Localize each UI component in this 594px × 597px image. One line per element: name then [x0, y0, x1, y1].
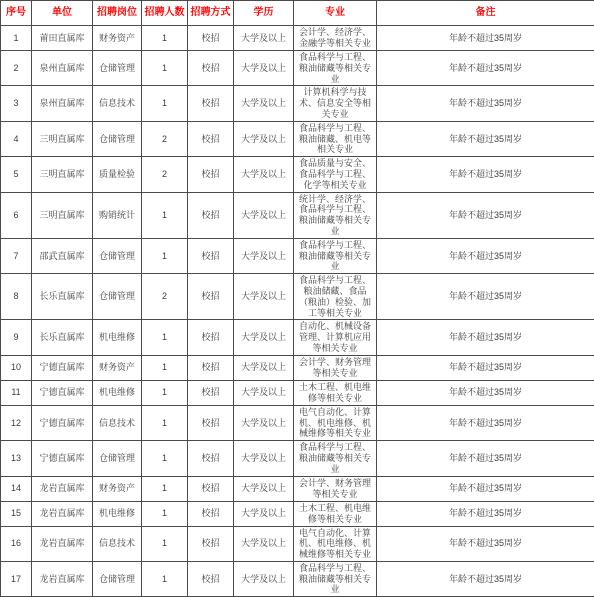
cell-major: 自动化、机械设备管理、计算机应用等相关专业 — [294, 320, 377, 355]
cell-major: 土木工程、机电维修等相关专业 — [294, 501, 377, 526]
cell-method: 校招 — [188, 157, 234, 192]
cell-method: 校招 — [188, 355, 234, 380]
cell-note: 年龄不超过35周岁 — [377, 561, 594, 596]
cell-position: 信息技术 — [93, 526, 142, 561]
table-row: 10 宁德直属库 财务资产 1 校招 大学及以上 会计学、财务管理等相关专业 年… — [1, 355, 594, 380]
cell-no: 14 — [1, 476, 32, 501]
cell-major: 食品科学与工程、粮油储藏等相关专业 — [294, 441, 377, 476]
table-row: 11 宁德直属库 机电维修 1 校招 大学及以上 土木工程、机电维修等相关专业 … — [1, 380, 594, 405]
cell-position: 仓储管理 — [93, 238, 142, 273]
cell-unit: 龙岩直属库 — [32, 476, 93, 501]
table-row: 14 龙岩直属库 财务资产 1 校招 大学及以上 会计学、财务管理等相关专业 年… — [1, 476, 594, 501]
cell-note: 年龄不超过35周岁 — [377, 380, 594, 405]
table-row: 13 宁德直属库 仓储管理 1 校招 大学及以上 食品科学与工程、粮油储藏等相关… — [1, 441, 594, 476]
table-row: 16 龙岩直属库 信息技术 1 校招 大学及以上 电气自动化、计算机、机电维修、… — [1, 526, 594, 561]
cell-major: 会计学、财务管理等相关专业 — [294, 355, 377, 380]
cell-position: 购销统计 — [93, 192, 142, 238]
cell-unit: 三明直属库 — [32, 121, 93, 156]
cell-unit: 莆田直属库 — [32, 26, 93, 51]
cell-position: 信息技术 — [93, 86, 142, 121]
cell-major: 计算机科学与技术、信息安全等相关专业 — [294, 86, 377, 121]
cell-position: 财务资产 — [93, 476, 142, 501]
cell-no: 17 — [1, 561, 32, 596]
column-header-no: 序号 — [1, 1, 32, 26]
table-row: 12 宁德直属库 信息技术 1 校招 大学及以上 电气自动化、计算机、机电维修、… — [1, 405, 594, 440]
cell-no: 15 — [1, 501, 32, 526]
cell-major: 食品科学与工程、粮油储藏等相关专业 — [294, 238, 377, 273]
cell-note: 年龄不超过35周岁 — [377, 501, 594, 526]
cell-unit: 邵武直属库 — [32, 238, 93, 273]
cell-unit: 龙岩直属库 — [32, 526, 93, 561]
cell-education: 大学及以上 — [234, 238, 294, 273]
cell-education: 大学及以上 — [234, 320, 294, 355]
cell-method: 校招 — [188, 86, 234, 121]
cell-method: 校招 — [188, 526, 234, 561]
cell-no: 9 — [1, 320, 32, 355]
cell-education: 大学及以上 — [234, 561, 294, 596]
cell-education: 大学及以上 — [234, 405, 294, 440]
cell-major: 会计学、财务管理等相关专业 — [294, 476, 377, 501]
cell-note: 年龄不超过35周岁 — [377, 441, 594, 476]
table-row: 15 龙岩直属库 机电维修 1 校招 大学及以上 土木工程、机电维修等相关专业 … — [1, 501, 594, 526]
cell-unit: 长乐直属库 — [32, 274, 93, 320]
cell-education: 大学及以上 — [234, 121, 294, 156]
cell-method: 校招 — [188, 238, 234, 273]
cell-no: 1 — [1, 26, 32, 51]
cell-note: 年龄不超过35周岁 — [377, 192, 594, 238]
cell-count: 1 — [142, 320, 188, 355]
cell-major: 食品科学与工程、粮油储藏等相关专业 — [294, 51, 377, 86]
cell-position: 财务资产 — [93, 355, 142, 380]
cell-note: 年龄不超过35周岁 — [377, 86, 594, 121]
cell-method: 校招 — [188, 320, 234, 355]
table-header-row: 序号 单位 招聘岗位 招聘人数 招聘方式 学历 专业 备注 — [1, 1, 594, 26]
column-header-major: 专业 — [294, 1, 377, 26]
cell-no: 3 — [1, 86, 32, 121]
cell-note: 年龄不超过35周岁 — [377, 121, 594, 156]
cell-no: 13 — [1, 441, 32, 476]
cell-position: 仓储管理 — [93, 51, 142, 86]
cell-count: 1 — [142, 355, 188, 380]
cell-no: 8 — [1, 274, 32, 320]
cell-unit: 龙岩直属库 — [32, 501, 93, 526]
cell-method: 校招 — [188, 121, 234, 156]
cell-method: 校招 — [188, 51, 234, 86]
cell-note: 年龄不超过35周岁 — [377, 476, 594, 501]
cell-count: 2 — [142, 274, 188, 320]
cell-no: 16 — [1, 526, 32, 561]
cell-education: 大学及以上 — [234, 86, 294, 121]
table-row: 17 龙岩直属库 仓储管理 1 校招 大学及以上 食品科学与工程、粮油储藏等相关… — [1, 561, 594, 596]
cell-count: 1 — [142, 192, 188, 238]
cell-education: 大学及以上 — [234, 355, 294, 380]
cell-unit: 长乐直属库 — [32, 320, 93, 355]
cell-unit: 泉州直属库 — [32, 51, 93, 86]
cell-note: 年龄不超过35周岁 — [377, 526, 594, 561]
cell-count: 1 — [142, 441, 188, 476]
cell-count: 1 — [142, 380, 188, 405]
cell-position: 仓储管理 — [93, 441, 142, 476]
cell-method: 校招 — [188, 192, 234, 238]
cell-position: 机电维修 — [93, 320, 142, 355]
cell-position: 质量检验 — [93, 157, 142, 192]
cell-education: 大学及以上 — [234, 274, 294, 320]
cell-method: 校招 — [188, 476, 234, 501]
cell-major: 电气自动化、计算机、机电维修、机械维修等相关专业 — [294, 405, 377, 440]
cell-position: 仓储管理 — [93, 561, 142, 596]
cell-method: 校招 — [188, 26, 234, 51]
cell-unit: 宁德直属库 — [32, 441, 93, 476]
table-row: 7 邵武直属库 仓储管理 1 校招 大学及以上 食品科学与工程、粮油储藏等相关专… — [1, 238, 594, 273]
cell-major: 统计学、经济学、食品科学与工程、粮油储藏等相关专业 — [294, 192, 377, 238]
cell-note: 年龄不超过35周岁 — [377, 405, 594, 440]
table-row: 4 三明直属库 仓储管理 2 校招 大学及以上 食品科学与工程、粮油储藏、机电等… — [1, 121, 594, 156]
cell-note: 年龄不超过35周岁 — [377, 157, 594, 192]
table-row: 9 长乐直属库 机电维修 1 校招 大学及以上 自动化、机械设备管理、计算机应用… — [1, 320, 594, 355]
cell-major: 食品科学与工程、粮油储藏、食品（粮油）检验、加工等相关专业 — [294, 274, 377, 320]
cell-education: 大学及以上 — [234, 192, 294, 238]
cell-count: 1 — [142, 476, 188, 501]
cell-count: 2 — [142, 121, 188, 156]
cell-position: 仓储管理 — [93, 121, 142, 156]
cell-method: 校招 — [188, 380, 234, 405]
cell-count: 1 — [142, 501, 188, 526]
cell-note: 年龄不超过35周岁 — [377, 26, 594, 51]
cell-education: 大学及以上 — [234, 526, 294, 561]
cell-no: 12 — [1, 405, 32, 440]
cell-education: 大学及以上 — [234, 51, 294, 86]
cell-count: 1 — [142, 238, 188, 273]
cell-position: 财务资产 — [93, 26, 142, 51]
cell-no: 4 — [1, 121, 32, 156]
cell-no: 11 — [1, 380, 32, 405]
cell-count: 1 — [142, 51, 188, 86]
cell-major: 土木工程、机电维修等相关专业 — [294, 380, 377, 405]
cell-no: 7 — [1, 238, 32, 273]
cell-unit: 宁德直属库 — [32, 405, 93, 440]
cell-count: 1 — [142, 26, 188, 51]
cell-note: 年龄不超过35周岁 — [377, 238, 594, 273]
cell-position: 仓储管理 — [93, 274, 142, 320]
cell-no: 2 — [1, 51, 32, 86]
cell-education: 大学及以上 — [234, 380, 294, 405]
cell-major: 电气自动化、计算机、机电维修、机械维修等相关专业 — [294, 526, 377, 561]
cell-education: 大学及以上 — [234, 26, 294, 51]
cell-unit: 三明直属库 — [32, 157, 93, 192]
cell-method: 校招 — [188, 561, 234, 596]
cell-no: 6 — [1, 192, 32, 238]
cell-count: 1 — [142, 405, 188, 440]
table-row: 6 三明直属库 购销统计 1 校招 大学及以上 统计学、经济学、食品科学与工程、… — [1, 192, 594, 238]
cell-major: 食品质量与安全、食品科学与工程、化学等相关专业 — [294, 157, 377, 192]
column-header-position: 招聘岗位 — [93, 1, 142, 26]
cell-method: 校招 — [188, 501, 234, 526]
cell-education: 大学及以上 — [234, 441, 294, 476]
cell-education: 大学及以上 — [234, 476, 294, 501]
cell-major: 食品科学与工程、粮油储藏、机电等相关专业 — [294, 121, 377, 156]
column-header-method: 招聘方式 — [188, 1, 234, 26]
cell-unit: 宁德直属库 — [32, 355, 93, 380]
cell-unit: 宁德直属库 — [32, 380, 93, 405]
column-header-note: 备注 — [377, 1, 594, 26]
cell-note: 年龄不超过35周岁 — [377, 274, 594, 320]
cell-note: 年龄不超过35周岁 — [377, 51, 594, 86]
cell-position: 信息技术 — [93, 405, 142, 440]
cell-no: 10 — [1, 355, 32, 380]
cell-count: 1 — [142, 526, 188, 561]
cell-major: 食品科学与工程、粮油储藏等相关专业 — [294, 561, 377, 596]
column-header-count: 招聘人数 — [142, 1, 188, 26]
column-header-education: 学历 — [234, 1, 294, 26]
cell-count: 2 — [142, 157, 188, 192]
cell-method: 校招 — [188, 441, 234, 476]
column-header-unit: 单位 — [32, 1, 93, 26]
cell-note: 年龄不超过35周岁 — [377, 320, 594, 355]
cell-note: 年龄不超过35周岁 — [377, 355, 594, 380]
recruitment-table: 序号 单位 招聘岗位 招聘人数 招聘方式 学历 专业 备注 1 莆田直属库 财务… — [0, 0, 594, 597]
table-row: 3 泉州直属库 信息技术 1 校招 大学及以上 计算机科学与技术、信息安全等相关… — [1, 86, 594, 121]
cell-major: 会计学、经济学、金融学等相关专业 — [294, 26, 377, 51]
table-row: 2 泉州直属库 仓储管理 1 校招 大学及以上 食品科学与工程、粮油储藏等相关专… — [1, 51, 594, 86]
cell-unit: 龙岩直属库 — [32, 561, 93, 596]
cell-count: 1 — [142, 86, 188, 121]
cell-education: 大学及以上 — [234, 501, 294, 526]
table-row: 5 三明直属库 质量检验 2 校招 大学及以上 食品质量与安全、食品科学与工程、… — [1, 157, 594, 192]
cell-count: 1 — [142, 561, 188, 596]
table-row: 8 长乐直属库 仓储管理 2 校招 大学及以上 食品科学与工程、粮油储藏、食品（… — [1, 274, 594, 320]
cell-unit: 泉州直属库 — [32, 86, 93, 121]
cell-position: 机电维修 — [93, 380, 142, 405]
cell-position: 机电维修 — [93, 501, 142, 526]
cell-no: 5 — [1, 157, 32, 192]
cell-method: 校招 — [188, 274, 234, 320]
cell-education: 大学及以上 — [234, 157, 294, 192]
cell-unit: 三明直属库 — [32, 192, 93, 238]
table-row: 1 莆田直属库 财务资产 1 校招 大学及以上 会计学、经济学、金融学等相关专业… — [1, 26, 594, 51]
cell-method: 校招 — [188, 405, 234, 440]
